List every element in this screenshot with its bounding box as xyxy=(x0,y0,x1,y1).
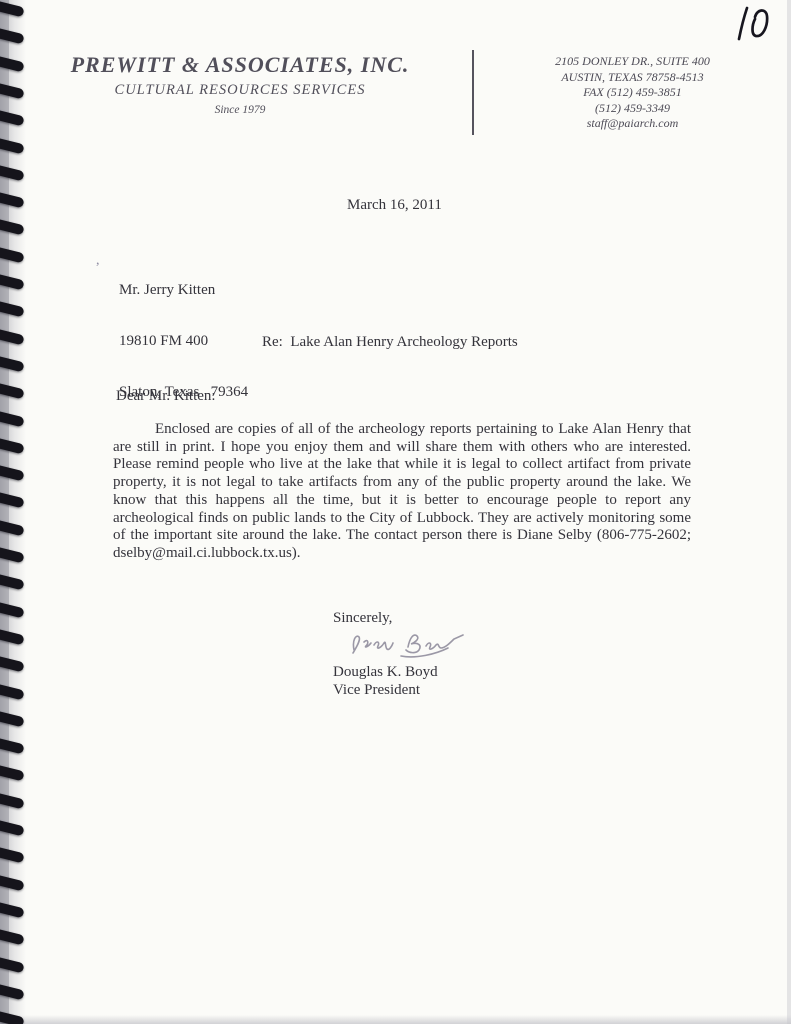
binding-tooth xyxy=(0,599,25,618)
recipient-line: 19810 FM 400 xyxy=(119,333,248,350)
handwritten-page-number xyxy=(728,4,776,46)
binding-tooth xyxy=(0,818,25,837)
binding-tooth xyxy=(0,900,25,919)
binding-tooth xyxy=(0,654,25,673)
binding-tooth xyxy=(0,790,25,809)
address-line: staff@paiarch.com xyxy=(520,116,745,132)
binding-tooth xyxy=(0,272,25,291)
binding-tooth xyxy=(0,162,25,181)
binding-tooth xyxy=(0,517,25,536)
binding-tooth xyxy=(0,490,25,509)
address-line: FAX (512) 459-3851 xyxy=(520,85,745,101)
company-name: PREWITT & ASSOCIATES, INC. xyxy=(70,52,410,78)
handwritten-signature xyxy=(346,630,471,664)
letterhead-left-block: PREWITT & ASSOCIATES, INC. CULTURAL RESO… xyxy=(70,52,410,116)
closing: Sincerely, xyxy=(333,610,392,627)
letter-date: March 16, 2011 xyxy=(347,197,442,214)
binding-tooth xyxy=(0,572,25,591)
company-since: Since 1979 xyxy=(70,104,410,116)
binding-tooth xyxy=(0,26,25,45)
binding-tooth xyxy=(0,708,25,727)
signer-name: Douglas K. Boyd xyxy=(333,664,438,681)
binding-tooth xyxy=(0,435,25,454)
binding-tooth xyxy=(0,244,25,263)
binding-tooth xyxy=(0,53,25,72)
binding-tooth xyxy=(0,81,25,100)
comb-binding xyxy=(0,0,48,1024)
subject-line: Re: Lake Alan Henry Archeology Reports xyxy=(262,334,518,351)
recipient-line: Mr. Jerry Kitten xyxy=(119,282,248,299)
page-right-shadow xyxy=(787,0,791,1024)
signer-title: Vice President xyxy=(333,682,420,699)
recipient-address-block: Mr. Jerry Kitten 19810 FM 400 Slaton, Te… xyxy=(119,248,248,435)
address-line: 2105 DONLEY DR., SUITE 400 xyxy=(520,54,745,70)
binding-tooth xyxy=(0,190,25,209)
address-line: (512) 459-3349 xyxy=(520,101,745,117)
scanned-letter-page: PREWITT & ASSOCIATES, INC. CULTURAL RESO… xyxy=(0,0,791,1024)
binding-tooth xyxy=(0,354,25,373)
binding-tooth xyxy=(0,108,25,127)
letterhead-address-block: 2105 DONLEY DR., SUITE 400 AUSTIN, TEXAS… xyxy=(520,54,745,132)
salutation: Dear Mr. Kitten: xyxy=(116,388,216,405)
binding-tooth xyxy=(0,545,25,564)
binding-tooth xyxy=(0,927,25,946)
page-bottom-shadow xyxy=(0,1015,791,1024)
binding-tooth xyxy=(0,954,25,973)
binding-tooth xyxy=(0,381,25,400)
company-division: CULTURAL RESOURCES SERVICES xyxy=(70,82,410,99)
binding-tooth xyxy=(0,681,25,700)
binding-tooth xyxy=(0,326,25,345)
binding-tooth xyxy=(0,981,25,1000)
letter-body: Enclosed are copies of all of the archeo… xyxy=(113,421,691,563)
binding-tooth xyxy=(0,0,25,17)
binding-tooth xyxy=(0,845,25,864)
binding-tooth xyxy=(0,299,25,318)
binding-tooth xyxy=(0,1009,25,1024)
binding-tooth xyxy=(0,217,25,236)
binding-tooth xyxy=(0,463,25,482)
binding-tooth xyxy=(0,763,25,782)
address-line: AUSTIN, TEXAS 78758-4513 xyxy=(520,70,745,86)
binding-tooth xyxy=(0,627,25,646)
binding-tooth xyxy=(0,135,25,154)
letterhead-divider-line xyxy=(472,50,474,135)
scan-speck: , xyxy=(96,253,100,269)
binding-tooth xyxy=(0,872,25,891)
binding-tooth xyxy=(0,736,25,755)
binding-tooth xyxy=(0,408,25,427)
